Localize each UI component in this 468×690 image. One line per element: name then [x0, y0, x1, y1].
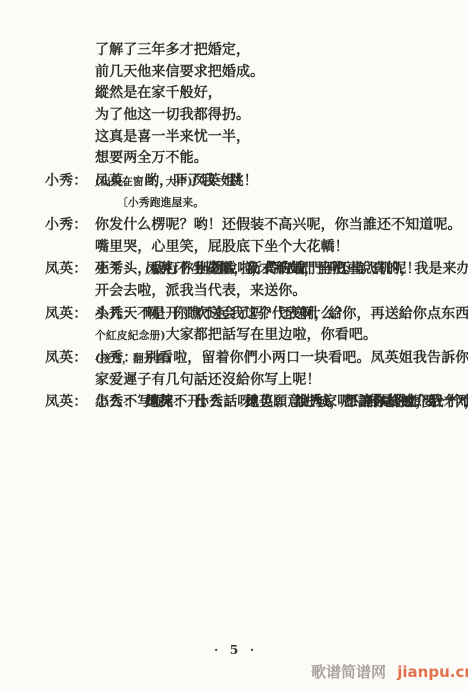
- speaker-label: 小秀：: [95, 392, 145, 414]
- speaker-label: 小秀：: [95, 348, 145, 370]
- dialogue-line: 小秀：她也願意进城，想讓你給她介紹个对象。: [195, 392, 245, 414]
- speaker-label: 小秀：: [295, 392, 345, 414]
- dialogue-line: 小秀：我才不出門子呢。說真的，我是来办正經事来的，他們都去: [195, 259, 245, 281]
- continuation-line: 个紅皮紀念册)大家都把話写在里边啦，你看吧。: [45, 325, 468, 347]
- line-content: 家爱遲子有几句話还沒給你写上呢！: [45, 370, 321, 392]
- line-content: 这真是喜一半来忧一半，: [45, 127, 250, 149]
- dialogue-line: 小秀：啊！你瞧不起我这个代表啊，給你，再送給你点东西，(拿出: [95, 304, 145, 326]
- speaker-label: 凤英：: [45, 259, 95, 281]
- dialogue-text: 啊！你瞧不起我这个代表啊，給你，再送給你点东西，: [145, 306, 468, 322]
- line-content: 别看啦，留着你們小两口一块看吧。凤英姐我告訴你，老李: [145, 350, 468, 366]
- dialogue-line: 凤英：說人家呢！准是你想要一个，是不是？: [245, 392, 295, 414]
- speaker-label: 凤英：: [145, 392, 195, 414]
- dialogue-line: 凤英：什么話呀？: [145, 392, 195, 414]
- dialogue-text: 我才不出門子呢。說真的，我是来办正經事来的，他們都去: [245, 261, 468, 277]
- speaker-label: 小秀：: [45, 215, 95, 237]
- script-page: 了解了三年多才把婚定，前几天他来信要求把婚成。縱然是在家千般好，为了他这一切我都…: [0, 0, 468, 690]
- line-content: 你发什么楞呢？哟！还假装不高兴呢，你当誰还不知道呢。: [95, 217, 462, 233]
- speaker-label: 凤英：: [45, 348, 95, 370]
- speaker-label: 小秀：: [195, 392, 245, 414]
- script-text-block: 了解了三年多才把婚定，前几天他来信要求把婚成。縱然是在家千般好，为了他这一切我都…: [45, 40, 468, 414]
- dialogue-line: 凤英：别胡說啦，等你出門子还坐飞机呢！: [145, 259, 195, 281]
- dialogue-line: 凤英：哟，吓了我一跳！: [95, 171, 145, 193]
- dialogue-text: 开会去啦，派我当代表，来送你。: [95, 283, 307, 299]
- dialogue-line: 凤英：怎么不写呢？: [45, 392, 95, 414]
- verse-line: 这真是喜一半来忧一半，: [45, 127, 468, 149]
- line-content: 啊！你瞧不起我这个代表啊，給你，再送給你点东西，(拿出: [145, 306, 468, 322]
- line-content: 前几天他来信要求把婚成。: [45, 62, 264, 84]
- dialogue-text: 别看啦，留着你們小两口一块看吧。凤英姐我告訴你，老李: [145, 350, 468, 366]
- dialogue-line: 凤英：(接过，翻开看): [45, 348, 95, 370]
- dialogue-text: 不許你胡說，我才不要呢，咱沒那个福气，什么楼上楼下电: [345, 394, 468, 410]
- dialogue-line: 小秀：她抹不开。: [95, 392, 145, 414]
- dialogue-text: 想要两全万不能。: [95, 150, 208, 166]
- dialogue-text: 前几天他来信要求把婚成。: [95, 64, 264, 80]
- dialogue-line: 凤英：头几天不是开了欢送会了吗？还送什么？: [45, 304, 95, 326]
- speaker-label: 凤英：: [145, 259, 195, 281]
- dialogue-text: 这真是喜一半来忧一半，: [95, 129, 250, 145]
- line-content: 想要两全万不能。: [45, 148, 208, 170]
- verse-line: 为了他这一切我都得扔。: [45, 105, 468, 127]
- watermark-domain: jianpu.cn: [397, 663, 468, 681]
- dialogue-text: 大家都把話写在里边啦，你看吧。: [166, 327, 378, 343]
- line-content: 不許你胡說，我才不要呢，咱沒那个福气，什么楼上楼下电: [345, 394, 468, 410]
- line-content: 哟，吓了我一跳！: [145, 173, 258, 189]
- verse-line: 了解了三年多才把婚定，: [45, 40, 468, 62]
- line-content: 了解了三年多才把婚定，: [45, 40, 250, 62]
- page-number: · 5 ·: [0, 642, 468, 657]
- speaker-label: 凤英：: [245, 392, 295, 414]
- dialogue-text: 了解了三年多才把婚定，: [95, 42, 250, 58]
- watermark-site: 歌谱简谱网: [311, 663, 386, 681]
- verse-line: 前几天他来信要求把婚成。: [45, 62, 468, 84]
- dialogue-text: 为了他这一切我都得扔。: [95, 107, 250, 123]
- stage-direction-text: 〔小秀跑進屋来。: [117, 196, 204, 209]
- dialogue-line: 小秀：(躲开)不坐花轎，新式結婚，坐汽車。: [95, 259, 145, 281]
- speaker-label: 凤英：: [45, 304, 95, 326]
- continuation-line: 开会去啦，派我当代表，来送你。: [45, 281, 468, 303]
- dialogue-line: 小秀：别看啦，留着你們小两口一块看吧。凤英姐我告訴你，老李: [95, 348, 145, 370]
- line-content: 〔小秀跑進屋来。: [45, 192, 204, 214]
- line-content: 为了他这一切我都得扔。: [45, 105, 250, 127]
- watermark: 歌谱简谱网 jianpu.cn: [311, 661, 468, 682]
- dialogue-text: 嘴里哭，心里笑，屁股底下坐个大花轎！: [95, 239, 349, 255]
- dialogue-line: 小秀：你发什么楞呢？哟！还假装不高兴呢，你当誰还不知道呢。: [45, 215, 95, 237]
- verse-line: 想要两全万不能。: [45, 148, 468, 170]
- dialogue-line: 凤英：死丫头，我打你！: [45, 259, 95, 281]
- speaker-label: 凤英：: [45, 392, 95, 414]
- speaker-label: 小秀：: [195, 259, 245, 281]
- dialogue-text: 家爱遲子有几句話还沒給你写上呢！: [95, 372, 321, 388]
- line-content: 縱然是在家千般好，: [45, 83, 222, 105]
- verse-line: 縱然是在家千般好，: [45, 83, 468, 105]
- line-content: 嘴里哭，心里笑，屁股底下坐个大花轎！: [45, 237, 349, 259]
- line-content: 个紅皮紀念册)大家都把話写在里边啦，你看吧。: [45, 325, 377, 347]
- speaker-label: 小秀：: [45, 171, 95, 193]
- dialogue-text: 縱然是在家千般好，: [95, 85, 222, 101]
- stage-direction-text: 个紅皮紀念册): [95, 329, 166, 342]
- dialogue-text: 你发什么楞呢？哟！还假装不高兴呢，你当誰还不知道呢。: [95, 217, 462, 233]
- speaker-label: 小秀：: [95, 304, 145, 326]
- continuation-line: 家爱遲子有几句話还沒給你写上呢！: [45, 370, 468, 392]
- line-content: 我才不出門子呢。說真的，我是来办正經事来的，他們都去: [245, 261, 468, 277]
- dialogue-line: 小秀：(出現在窗口，大声)凤英姐！: [45, 171, 95, 193]
- speaker-label: 凤英：: [95, 171, 145, 193]
- continuation-line: 嘴里哭，心里笑，屁股底下坐个大花轎！: [45, 237, 468, 259]
- stage-direction-line: 〔小秀跑進屋来。: [45, 192, 468, 214]
- dialogue-text: 哟，吓了我一跳！: [145, 173, 258, 189]
- line-content: 开会去啦，派我当代表，来送你。: [45, 281, 307, 303]
- dialogue-line: 小秀：不許你胡說，我才不要呢，咱沒那个福气，什么楼上楼下电: [295, 392, 345, 414]
- speaker-label: 小秀：: [95, 259, 145, 281]
